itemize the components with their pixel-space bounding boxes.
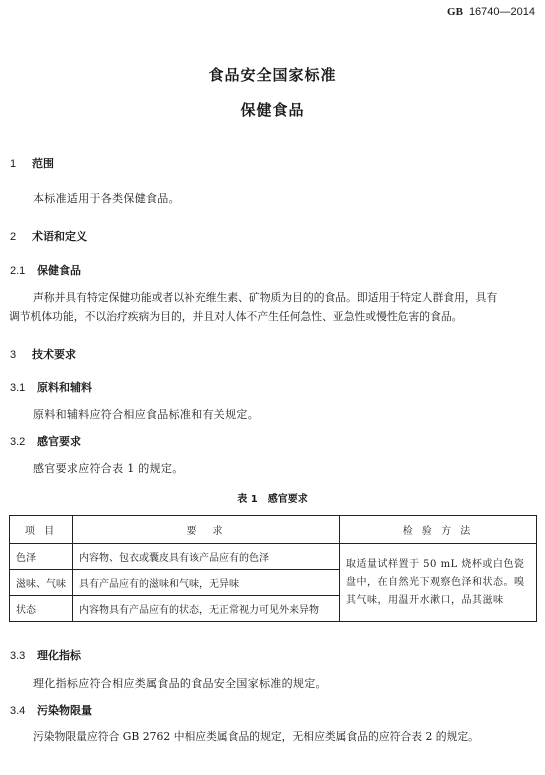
header-requirement: 要 求 bbox=[73, 516, 340, 544]
heading-3-1: 3.1原料和辅料 bbox=[10, 379, 92, 395]
heading-2-1: 2.1保健食品 bbox=[10, 262, 81, 278]
cell-requirement: 内容物、包衣或囊皮具有该产品应有的色泽 bbox=[73, 544, 340, 570]
paragraph-definition-line1: 声称并具有特定保健功能或者以补充维生素、矿物质为目的的食品。即适用于特定人群食用… bbox=[33, 290, 497, 305]
cell-item: 滋味、气味 bbox=[10, 570, 73, 596]
heading-3-3: 3.3理化指标 bbox=[10, 647, 81, 663]
heading-3: 3技术要求 bbox=[10, 346, 76, 362]
standard-code: GB16740—2014 bbox=[447, 6, 535, 18]
sensory-requirements-table: 项 目 要 求 检 验 方 法 色泽 内容物、包衣或囊皮具有该产品应有的色泽 取… bbox=[9, 515, 537, 622]
cell-item: 色泽 bbox=[10, 544, 73, 570]
cell-method: 取适量试样置于 50 mL 烧杯或白色瓷盘中，在自然光下观察色泽和状态。嗅其气味… bbox=[340, 544, 537, 622]
heading-2: 2术语和定义 bbox=[10, 228, 87, 244]
table-caption: 表 1 感官要求 bbox=[0, 490, 545, 505]
table-row: 色泽 内容物、包衣或囊皮具有该产品应有的色泽 取适量试样置于 50 mL 烧杯或… bbox=[10, 544, 537, 570]
standard-number: 16740—2014 bbox=[469, 6, 535, 18]
paragraph-contaminants: 污染物限量应符合 GB 2762 中相应类属食品的规定，无相应类属食品的应符合表… bbox=[33, 729, 479, 744]
header-method: 检 验 方 法 bbox=[340, 516, 537, 544]
cell-item: 状态 bbox=[10, 596, 73, 622]
paragraph-scope: 本标准适用于各类保健食品。 bbox=[33, 190, 180, 206]
heading-3-4: 3.4污染物限量 bbox=[10, 702, 92, 718]
cell-requirement: 内容物具有产品应有的状态，无正常视力可见外来异物 bbox=[73, 596, 340, 622]
standard-prefix: GB bbox=[447, 6, 463, 18]
document-title: 食品安全国家标准 bbox=[0, 64, 545, 85]
paragraph-definition-line2: 调节机体功能，不以治疗疾病为目的，并且对人体不产生任何急性、亚急性或慢性危害的食… bbox=[9, 309, 462, 324]
heading-3-2: 3.2感官要求 bbox=[10, 433, 81, 449]
paragraph-physicochemical: 理化指标应符合相应类属食品的食品安全国家标准的规定。 bbox=[33, 675, 327, 691]
header-item: 项 目 bbox=[10, 516, 73, 544]
table-header-row: 项 目 要 求 检 验 方 法 bbox=[10, 516, 537, 544]
document-subtitle: 保健食品 bbox=[0, 99, 545, 120]
paragraph-raw-materials: 原料和辅料应符合相应食品标准和有关规定。 bbox=[33, 406, 259, 422]
paragraph-sensory: 感官要求应符合表 1 的规定。 bbox=[33, 460, 184, 476]
heading-1: 1范围 bbox=[10, 155, 54, 171]
cell-requirement: 具有产品应有的滋味和气味，无异味 bbox=[73, 570, 340, 596]
